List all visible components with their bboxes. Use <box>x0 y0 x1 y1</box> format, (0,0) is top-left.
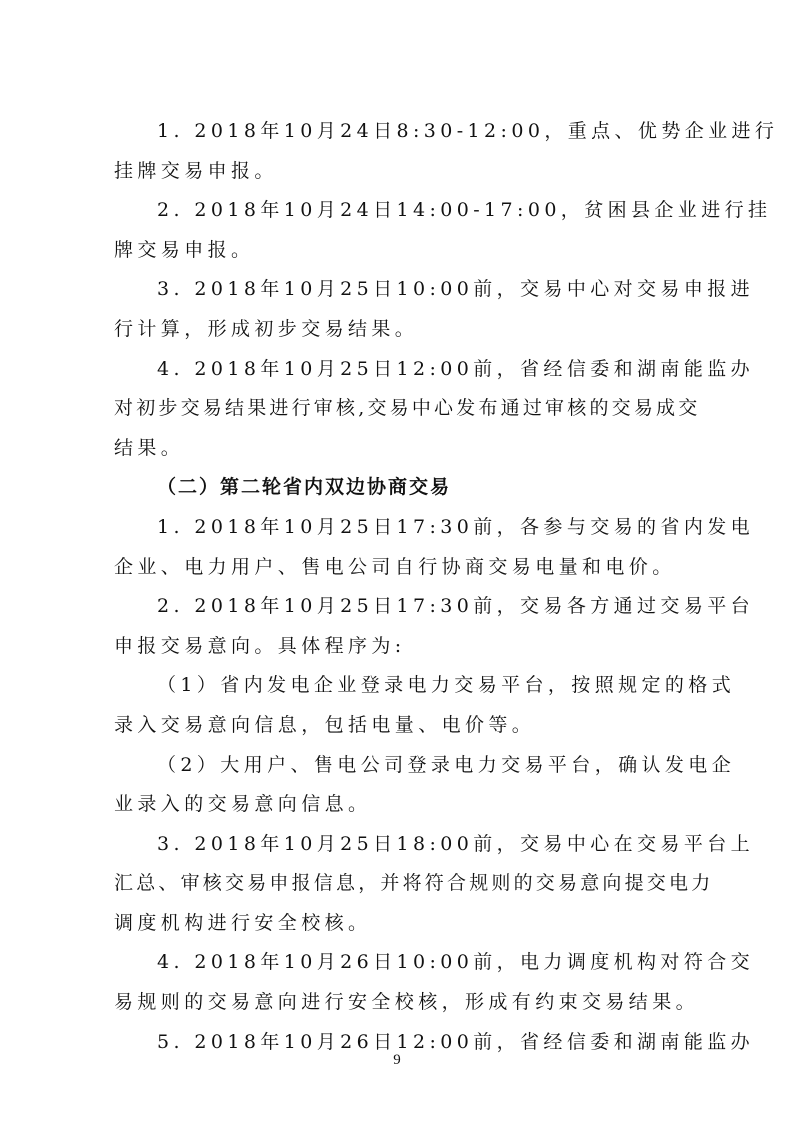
paragraph-line: 调度机构进行安全校核。 <box>114 904 684 944</box>
paragraph-line: 4. 2018年10月26日10:00前，电力调度机构对符合交 <box>114 943 684 983</box>
paragraph-line: （2）大用户、售电公司登录电力交易平台，确认发电企 <box>114 746 684 786</box>
paragraph-line: 录入交易意向信息，包括电量、电价等。 <box>114 706 684 746</box>
paragraph-line: 业录入的交易意向信息。 <box>114 785 684 825</box>
paragraph-line: 对初步交易结果进行审核,交易中心发布通过审核的交易成交 <box>114 389 684 429</box>
paragraph-line: 2. 2018年10月25日17:30前，交易各方通过交易平台 <box>114 587 684 627</box>
paragraph-line: 3. 2018年10月25日10:00前，交易中心对交易申报进 <box>114 270 684 310</box>
paragraph-line: 1. 2018年10月25日17:30前，各参与交易的省内发电 <box>114 508 684 548</box>
paragraph-line: 挂牌交易申报。 <box>114 152 684 192</box>
document-body: 1. 2018年10月24日8:30-12:00，重点、优势企业进行 挂牌交易申… <box>114 112 684 1062</box>
page-number: 9 <box>0 1052 794 1069</box>
paragraph-line: 行计算，形成初步交易结果。 <box>114 310 684 350</box>
paragraph-line: 1. 2018年10月24日8:30-12:00，重点、优势企业进行 <box>114 112 684 152</box>
paragraph-line: 结果。 <box>114 429 684 469</box>
paragraph-line: 申报交易意向。具体程序为: <box>114 627 684 667</box>
paragraph-line: 2. 2018年10月24日14:00-17:00，贫困县企业进行挂 <box>114 191 684 231</box>
paragraph-line: 易规则的交易意向进行安全校核，形成有约束交易结果。 <box>114 983 684 1023</box>
paragraph-line: 4. 2018年10月25日12:00前，省经信委和湖南能监办 <box>114 350 684 390</box>
paragraph-line: 3. 2018年10月25日18:00前，交易中心在交易平台上 <box>114 825 684 865</box>
paragraph-line: （1）省内发电企业登录电力交易平台，按照规定的格式 <box>114 666 684 706</box>
paragraph-line: 牌交易申报。 <box>114 231 684 271</box>
paragraph-line: 汇总、审核交易申报信息，并将符合规则的交易意向提交电力 <box>114 864 684 904</box>
paragraph-line: 企业、电力用户、售电公司自行协商交易电量和电价。 <box>114 548 684 588</box>
section-heading: （二）第二轮省内双边协商交易 <box>114 468 684 508</box>
